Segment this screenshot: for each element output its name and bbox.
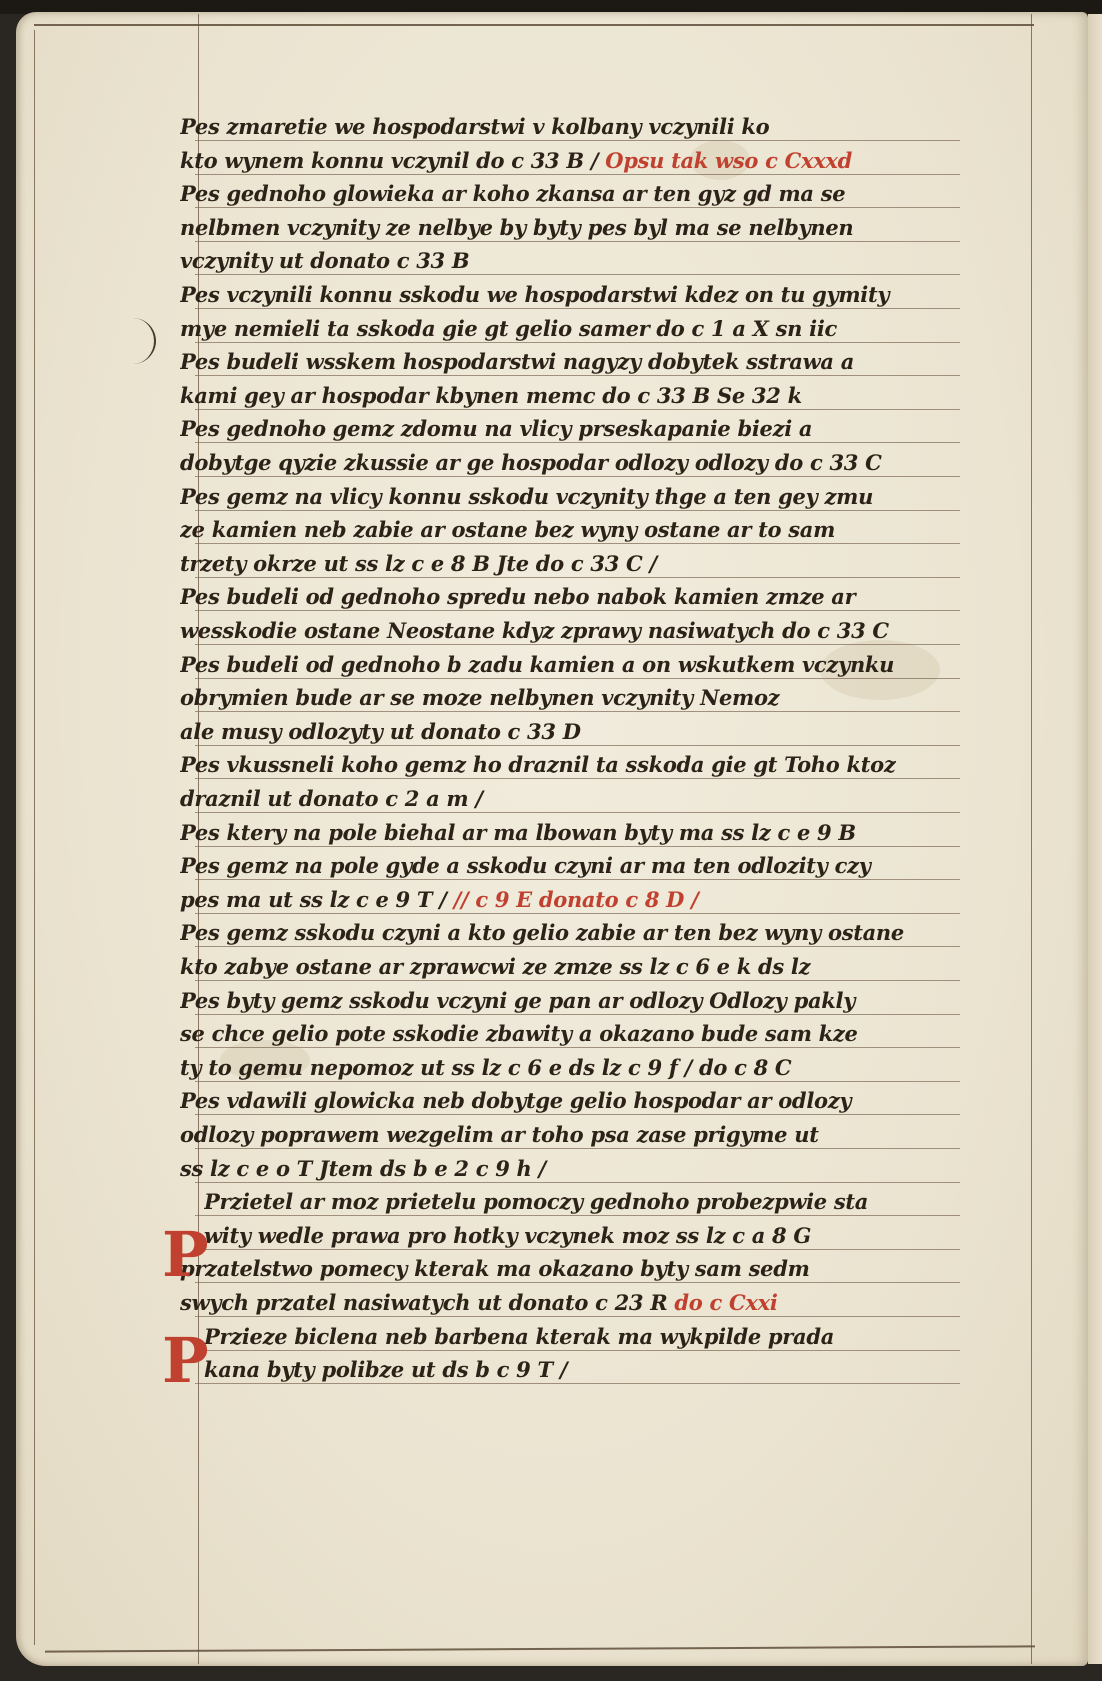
manuscript-line: Pes gemz sskodu czyni a kto gelio zabie …	[180, 920, 980, 954]
manuscript-line: wesskodie ostane Neostane kdyz zprawy na…	[180, 618, 980, 652]
manuscript-line: Pes vczynili konnu sskodu we hospodarstw…	[180, 282, 980, 316]
line-text: Przietel ar moz prietelu pomoczy gednoho…	[204, 1189, 868, 1214]
manuscript-line: Pes byty gemz sskodu vczyni ge pan ar od…	[180, 988, 980, 1022]
line-text: mye nemieli ta sskoda gie gt gelio samer…	[180, 316, 837, 341]
line-text: trzety okrze ut ss lz c e 8 B Jte do c 3…	[180, 551, 657, 576]
manuscript-line: obrymien bude ar se moze nelbynen vczyni…	[180, 685, 980, 719]
rubric-text: // c 9 E donato c 8 D /	[447, 887, 699, 912]
line-text: Pes vkussneli koho gemz ho draznil ta ss…	[180, 752, 895, 777]
rubric-text: do c Cxxi	[667, 1290, 777, 1315]
line-text: Pes ktery na pole biehal ar ma lbowan by…	[180, 820, 856, 845]
manuscript-line: Pes budeli od gednoho spredu nebo nabok …	[180, 584, 980, 618]
line-text: dobytge qyzie zkussie ar ge hospodar odl…	[180, 450, 882, 475]
manuscript-line: vczynity ut donato c 33 B	[180, 248, 980, 282]
manuscript-line: Pes gednoho glowieka ar koho zkansa ar t…	[180, 181, 980, 215]
line-text: Pes budeli wsskem hospodarstwi nagyzy do…	[180, 349, 854, 374]
line-text: vczynity ut donato c 33 B	[180, 248, 469, 273]
manuscript-line: dobytge qyzie zkussie ar ge hospodar odl…	[180, 450, 980, 484]
line-text: Pes gemz na pole gyde a sskodu czyni ar …	[180, 853, 871, 878]
line-text: Pes zmaretie we hospodarstwi v kolbany v…	[180, 114, 769, 139]
line-text: ty to gemu nepomoz ut ss lz c 6 e ds lz …	[180, 1055, 791, 1080]
line-text: Pes gednoho gemz zdomu na vlicy prseskap…	[180, 416, 812, 441]
line-text: swych przatel nasiwatych ut donato c 23 …	[180, 1290, 667, 1315]
manuscript-line: odlozy poprawem wezgelim ar toho psa zas…	[180, 1122, 980, 1156]
line-text: przatelstwo pomecy kterak ma okazano byt…	[180, 1256, 810, 1281]
line-text: draznil ut donato c 2 a m /	[180, 786, 483, 811]
manuscript-line: trzety okrze ut ss lz c e 8 B Jte do c 3…	[180, 551, 980, 585]
manuscript-line: nelbmen vczynity ze nelbye by byty pes b…	[180, 215, 980, 249]
manuscript-line: se chce gelio pote sskodie zbawity a oka…	[180, 1021, 980, 1055]
line-text: odlozy poprawem wezgelim ar toho psa zas…	[180, 1122, 819, 1147]
right-frame-line	[1031, 14, 1032, 1664]
line-text: Pes vczynili konnu sskodu we hospodarstw…	[180, 282, 889, 307]
manuscript-line: Pes zmaretie we hospodarstwi v kolbany v…	[180, 114, 980, 148]
manuscript-line: wity wedle prawa pro hotky vczynek moz s…	[204, 1223, 1004, 1257]
manuscript-line: pes ma ut ss lz c e 9 T / // c 9 E donat…	[180, 887, 980, 921]
manuscript-line: przatelstwo pomecy kterak ma okazano byt…	[180, 1256, 980, 1290]
line-text: kto wynem konnu vczynil do c 33 B /	[180, 148, 598, 173]
line-text: obrymien bude ar se moze nelbynen vczyni…	[180, 685, 779, 710]
manuscript-line: Pes ktery na pole biehal ar ma lbowan by…	[180, 820, 980, 854]
manuscript-line: Pes budeli wsskem hospodarstwi nagyzy do…	[180, 349, 980, 383]
rubricated-initial-p: P	[162, 1224, 209, 1286]
manuscript-line: kana byty polibze ut ds b c 9 T /	[204, 1357, 1004, 1391]
line-text: wity wedle prawa pro hotky vczynek moz s…	[204, 1223, 811, 1248]
line-text: ze kamien neb zabie ar ostane bez wyny o…	[180, 517, 835, 542]
line-text: Pes byty gemz sskodu vczyni ge pan ar od…	[180, 988, 855, 1013]
line-text: se chce gelio pote sskodie zbawity a oka…	[180, 1021, 858, 1046]
manuscript-line: swych przatel nasiwatych ut donato c 23 …	[180, 1290, 980, 1324]
line-text: Pes vdawili glowicka neb dobytge gelio h…	[180, 1088, 851, 1113]
rubric-text: Opsu tak wso c Cxxxd	[598, 148, 852, 173]
manuscript-line: Pes budeli od gednoho b zadu kamien a on…	[180, 652, 980, 686]
manuscript-line: Pes vdawili glowicka neb dobytge gelio h…	[180, 1088, 980, 1122]
line-text: wesskodie ostane Neostane kdyz zprawy na…	[180, 618, 889, 643]
manuscript-line: Przieze biclena neb barbena kterak ma wy…	[204, 1324, 1004, 1358]
line-text: ss lz c e o T Jtem ds b e 2 c 9 h /	[180, 1156, 546, 1181]
manuscript-line: Pes vkussneli koho gemz ho draznil ta ss…	[180, 752, 980, 786]
manuscript-line: Przietel ar moz prietelu pomoczy gednoho…	[204, 1189, 1004, 1223]
line-text: kto zabye ostane ar zprawcwi ze zmze ss …	[180, 954, 810, 979]
line-text: kami gey ar hospodar kbynen memc do c 33…	[180, 383, 802, 408]
line-text: Pes budeli od gednoho b zadu kamien a on…	[180, 652, 894, 677]
line-text: nelbmen vczynity ze nelbye by byty pes b…	[180, 215, 853, 240]
manuscript-line: Pes gednoho gemz zdomu na vlicy prseskap…	[180, 416, 980, 450]
manuscript-line: draznil ut donato c 2 a m /	[180, 786, 980, 820]
manuscript-line: ty to gemu nepomoz ut ss lz c 6 e ds lz …	[180, 1055, 980, 1089]
manuscript-line: kami gey ar hospodar kbynen memc do c 33…	[180, 383, 980, 417]
line-text: pes ma ut ss lz c e 9 T /	[180, 887, 447, 912]
manuscript-line: kto wynem konnu vczynil do c 33 B / Opsu…	[180, 148, 980, 182]
rubricated-initial-p: P	[162, 1330, 209, 1392]
top-frame-line	[34, 24, 1034, 26]
manuscript-line: ss lz c e o T Jtem ds b e 2 c 9 h /	[180, 1156, 980, 1190]
line-text: ale musy odlozyty ut donato c 33 D	[180, 719, 581, 744]
manuscript-line: mye nemieli ta sskoda gie gt gelio samer…	[180, 316, 980, 350]
manuscript-line: kto zabye ostane ar zprawcwi ze zmze ss …	[180, 954, 980, 988]
manuscript-line: Pes gemz na pole gyde a sskodu czyni ar …	[180, 853, 980, 887]
line-text: Przieze biclena neb barbena kterak ma wy…	[204, 1324, 834, 1349]
outer-left-frame-line	[34, 30, 35, 1645]
line-text: Pes gemz sskodu czyni a kto gelio zabie …	[180, 920, 904, 945]
adjacent-leaf-edge	[1088, 14, 1102, 1664]
manuscript-line: ze kamien neb zabie ar ostane bez wyny o…	[180, 517, 980, 551]
line-text: kana byty polibze ut ds b c 9 T /	[204, 1357, 567, 1382]
line-text: Pes gemz na vlicy konnu sskodu vczynity …	[180, 484, 873, 509]
manuscript-line: ale musy odlozyty ut donato c 33 D	[180, 719, 980, 753]
line-text: Pes gednoho glowieka ar koho zkansa ar t…	[180, 181, 845, 206]
manuscript-line: Pes gemz na vlicy konnu sskodu vczynity …	[180, 484, 980, 518]
line-text: Pes budeli od gednoho spredu nebo nabok …	[180, 584, 855, 609]
